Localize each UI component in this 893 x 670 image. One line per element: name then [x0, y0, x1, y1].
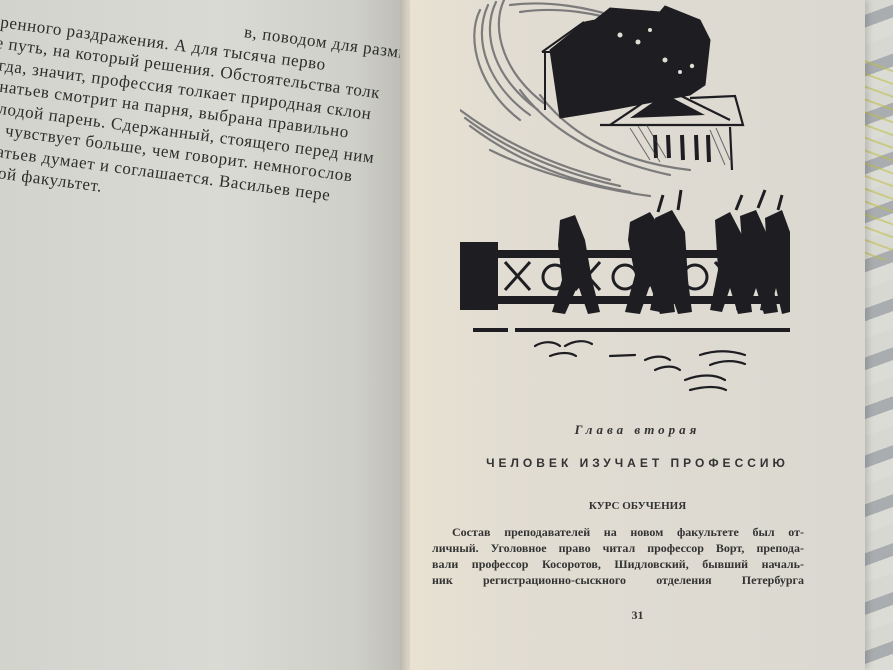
- chapter-label: Глава вторая: [410, 422, 865, 438]
- text-line: Состав преподавателей на новом факультет…: [432, 524, 804, 540]
- text-line: ник регистрационно-сыскного отделения Пе…: [432, 572, 804, 588]
- left-page-text: в, поводом для размышле коренного раздра…: [0, 0, 405, 246]
- body-text: Состав преподавателей на новом факультет…: [432, 524, 804, 588]
- text-line: вали профессор Косоротов, Шидловский, бы…: [432, 556, 804, 572]
- text-line: личный. Уголовное право читал профессор …: [432, 540, 804, 556]
- section-title: КУРС ОБУЧЕНИЯ: [410, 500, 865, 512]
- left-page: в, поводом для размышле коренного раздра…: [0, 0, 405, 670]
- right-page: Глава вторая ЧЕЛОВЕК ИЗУЧАЕТ ПРОФЕССИЮ К…: [410, 0, 865, 670]
- chapter-title: ЧЕЛОВЕК ИЗУЧАЕТ ПРОФЕССИЮ: [410, 456, 865, 470]
- chapter-illustration: [460, 0, 790, 400]
- page-number: 31: [410, 608, 865, 623]
